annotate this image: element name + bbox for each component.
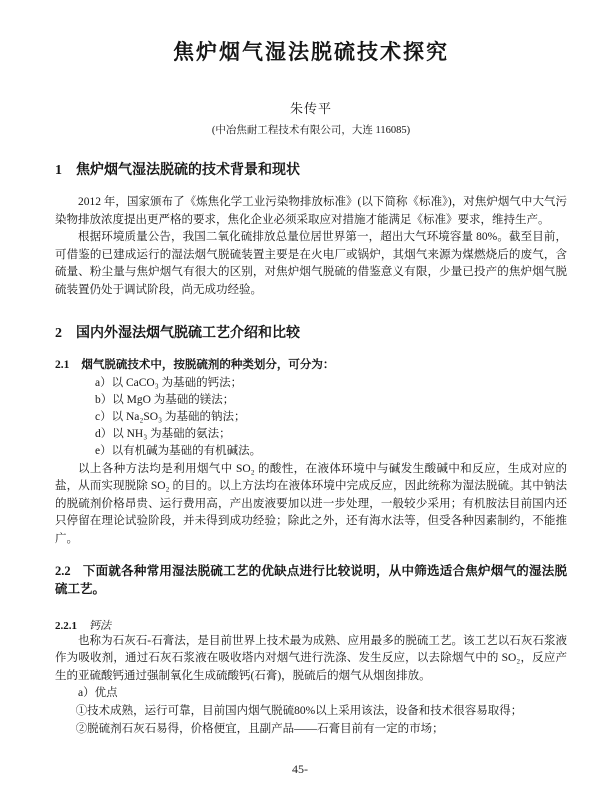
- section-2-2-title: 下面就各种常用湿法脱硫工艺的优缺点进行比较说明，从中筛选适合焦炉烟气的湿法脱硫工…: [55, 564, 567, 596]
- list-item-sodium: c）以 Na₂SO₃ 为基础的钠法；: [95, 409, 567, 426]
- advantage-item-2: ②脱硫剂石灰石易得，价格便宜，且副产品——石膏目前有一定的市场；: [55, 721, 567, 739]
- list-item-calcium: a）以 CaCO₃ 为基础的钙法；: [95, 375, 567, 392]
- document-content: 焦炉烟气湿法脱硫技术探究 朱传平 (中冶焦耐工程技术有限公司，大连 116085…: [0, 36, 600, 738]
- paragraph-standards-2012: 2012 年，国家颁布了《炼焦化学工业污染物排放标准》(以下简称《标准》)，对焦…: [55, 194, 567, 229]
- section-2-1-heading: 2.1烟气脱硫技术中，按脱硫剂的种类划分，可分为：: [55, 356, 567, 372]
- section-2-2-heading: 2.2下面就各种常用湿法脱硫工艺的优缺点进行比较说明，从中筛选适合焦炉烟气的湿法…: [55, 562, 567, 598]
- section-2-2-number: 2.2: [55, 564, 71, 578]
- page-number: 45-: [0, 762, 600, 777]
- section-1-title: 焦炉烟气湿法脱硫的技术背景和现状: [76, 163, 300, 178]
- section-2-2-1-number: 2.2.1: [55, 620, 77, 632]
- author-affiliation: (中冶焦耐工程技术有限公司，大连 116085): [55, 122, 567, 137]
- list-item-magnesium: b）以 MgO 为基础的镁法；: [95, 392, 567, 409]
- paragraph-so2-emissions: 根据环境质量公告，我国二氧化硫排放总量位居世界第一，超出大气环境容量 80%。截…: [55, 229, 567, 299]
- list-item-ammonia: d）以 NH₃ 为基础的氨法；: [95, 426, 567, 443]
- document-page: 焦炉烟气湿法脱硫技术探究 朱传平 (中冶焦耐工程技术有限公司，大连 116085…: [0, 0, 600, 789]
- author-name: 朱传平: [55, 98, 567, 117]
- paper-title: 焦炉烟气湿法脱硫技术探究: [55, 36, 567, 66]
- list-item-organic-alkali: e）以有机碱为基础的有机碱法。: [95, 443, 567, 460]
- advantages-label: a）优点: [55, 685, 567, 703]
- section-2-2-1-heading: 2.2.1钙法: [55, 617, 567, 633]
- section-2-number: 2: [55, 326, 62, 341]
- section-2-title: 国内外湿法烟气脱硫工艺介绍和比较: [76, 326, 300, 341]
- advantage-item-1: ①技术成熟，运行可靠，目前国内烟气脱硫80%以上采用该法，设备和技术很容易取得；: [55, 703, 567, 721]
- section-2-1-title: 烟气脱硫技术中，按脱硫剂的种类划分，可分为：: [81, 359, 334, 371]
- section-1-number: 1: [55, 163, 62, 178]
- section-2-2-1-title: 钙法: [89, 620, 111, 632]
- paragraph-limestone-gypsum: 也称为石灰石-石膏法，是目前世界上技术最为成熟、应用最多的脱硫工艺。该工艺以石灰…: [55, 633, 567, 686]
- desulfurization-methods-list: a）以 CaCO₃ 为基础的钙法； b）以 MgO 为基础的镁法； c）以 Na…: [55, 375, 567, 461]
- section-2-1-number: 2.1: [55, 359, 69, 371]
- section-2-heading: 2国内外湿法烟气脱硫工艺介绍和比较: [55, 322, 567, 342]
- section-1-heading: 1焦炉烟气湿法脱硫的技术背景和现状: [55, 159, 567, 179]
- paragraph-methods-summary: 以上各种方法均是利用烟气中 SO₂ 的酸性，在液体环境中与碱发生酸碱中和反应，生…: [55, 461, 567, 549]
